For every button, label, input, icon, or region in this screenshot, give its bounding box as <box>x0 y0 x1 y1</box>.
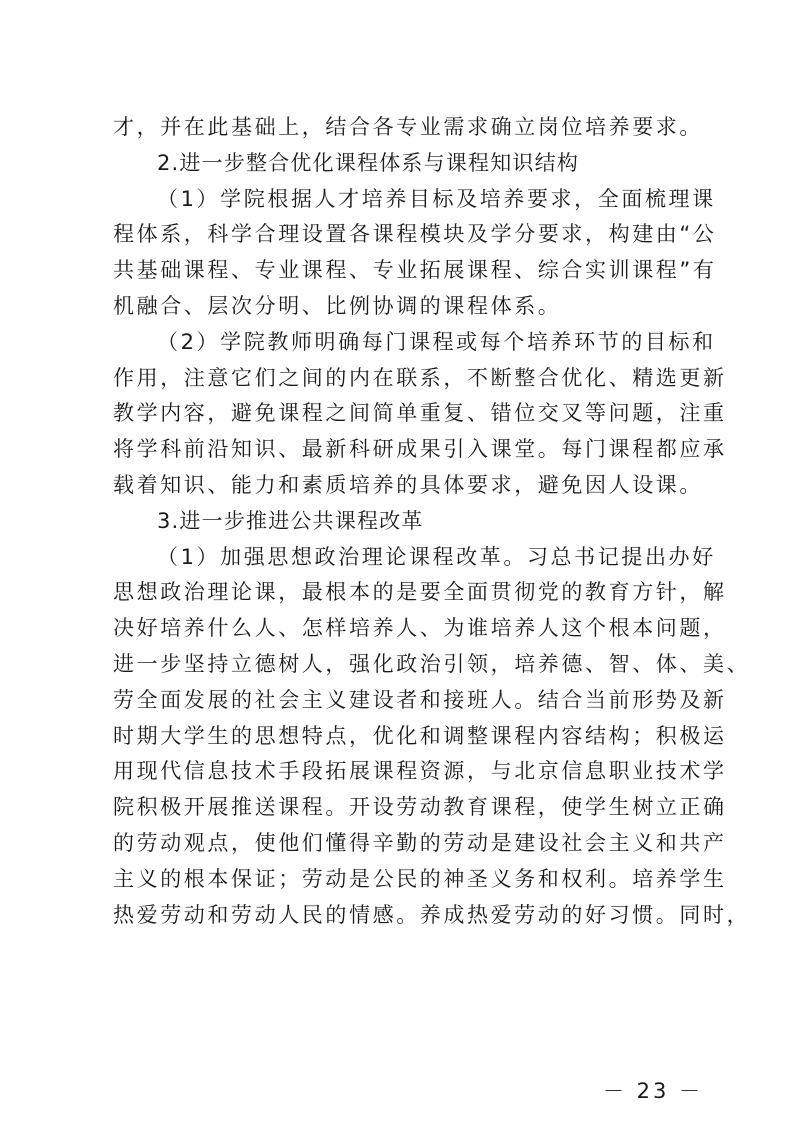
section-heading: 2.进一步整合优化课程体系与课程知识结构 <box>113 146 687 182</box>
text-line: 的劳动观点，使他们懂得辛勤的劳动是建设社会主义和共产 <box>113 826 687 862</box>
section-heading: 3.进一步推进公共课程改革 <box>113 504 687 540</box>
text-line: 作用，注意它们之间的内在联系，不断整合优化、精选更新 <box>113 361 687 397</box>
text-line: 用现代信息技术手段拓展课程资源，与北京信息职业技术学 <box>113 754 687 790</box>
text-line: （1）加强思想政治理论课程改革。习总书记提出办好 <box>113 540 687 576</box>
text-line: 主义的根本保证；劳动是公民的神圣义务和权利。培养学生 <box>113 862 687 898</box>
page-number: － 23 － <box>603 1075 703 1105</box>
text-line: 才，并在此基础上，结合各专业需求确立岗位培养要求。 <box>113 110 687 146</box>
text-line: 将学科前沿知识、最新科研成果引入课堂。每门课程都应承 <box>113 432 687 468</box>
text-line: 程体系，科学合理设置各课程模块及学分要求，构建由“公 <box>113 217 687 253</box>
text-line: 时期大学生的思想特点，优化和调整课程内容结构；积极运 <box>113 719 687 755</box>
text-line: （2）学院教师明确每门课程或每个培养环节的目标和 <box>113 325 687 361</box>
text-line: 热爱劳动和劳动人民的情感。养成热爱劳动的好习惯。同时， <box>113 898 687 934</box>
text-line: 教学内容，避免课程之间简单重复、错位交叉等问题，注重 <box>113 396 687 432</box>
text-line: 进一步坚持立德树人，强化政治引领，培养德、智、体、美、 <box>113 647 687 683</box>
text-line: 院积极开展推送课程。开设劳动教育课程，使学生树立正确 <box>113 790 687 826</box>
text-line: 劳全面发展的社会主义建设者和接班人。结合当前形势及新 <box>113 683 687 719</box>
document-body: 才，并在此基础上，结合各专业需求确立岗位培养要求。2.进一步整合优化课程体系与课… <box>113 110 687 933</box>
text-line: 共基础课程、专业课程、专业拓展课程、综合实训课程”有 <box>113 253 687 289</box>
document-page: 才，并在此基础上，结合各专业需求确立岗位培养要求。2.进一步整合优化课程体系与课… <box>0 0 800 1131</box>
text-line: 载着知识、能力和素质培养的具体要求，避免因人设课。 <box>113 468 687 504</box>
text-line: 思想政治理论课，最根本的是要全面贯彻党的教育方针，解 <box>113 575 687 611</box>
text-line: （1）学院根据人才培养目标及培养要求，全面梳理课 <box>113 182 687 218</box>
text-line: 决好培养什么人、怎样培养人、为谁培养人这个根本问题， <box>113 611 687 647</box>
text-line: 机融合、层次分明、比例协调的课程体系。 <box>113 289 687 325</box>
